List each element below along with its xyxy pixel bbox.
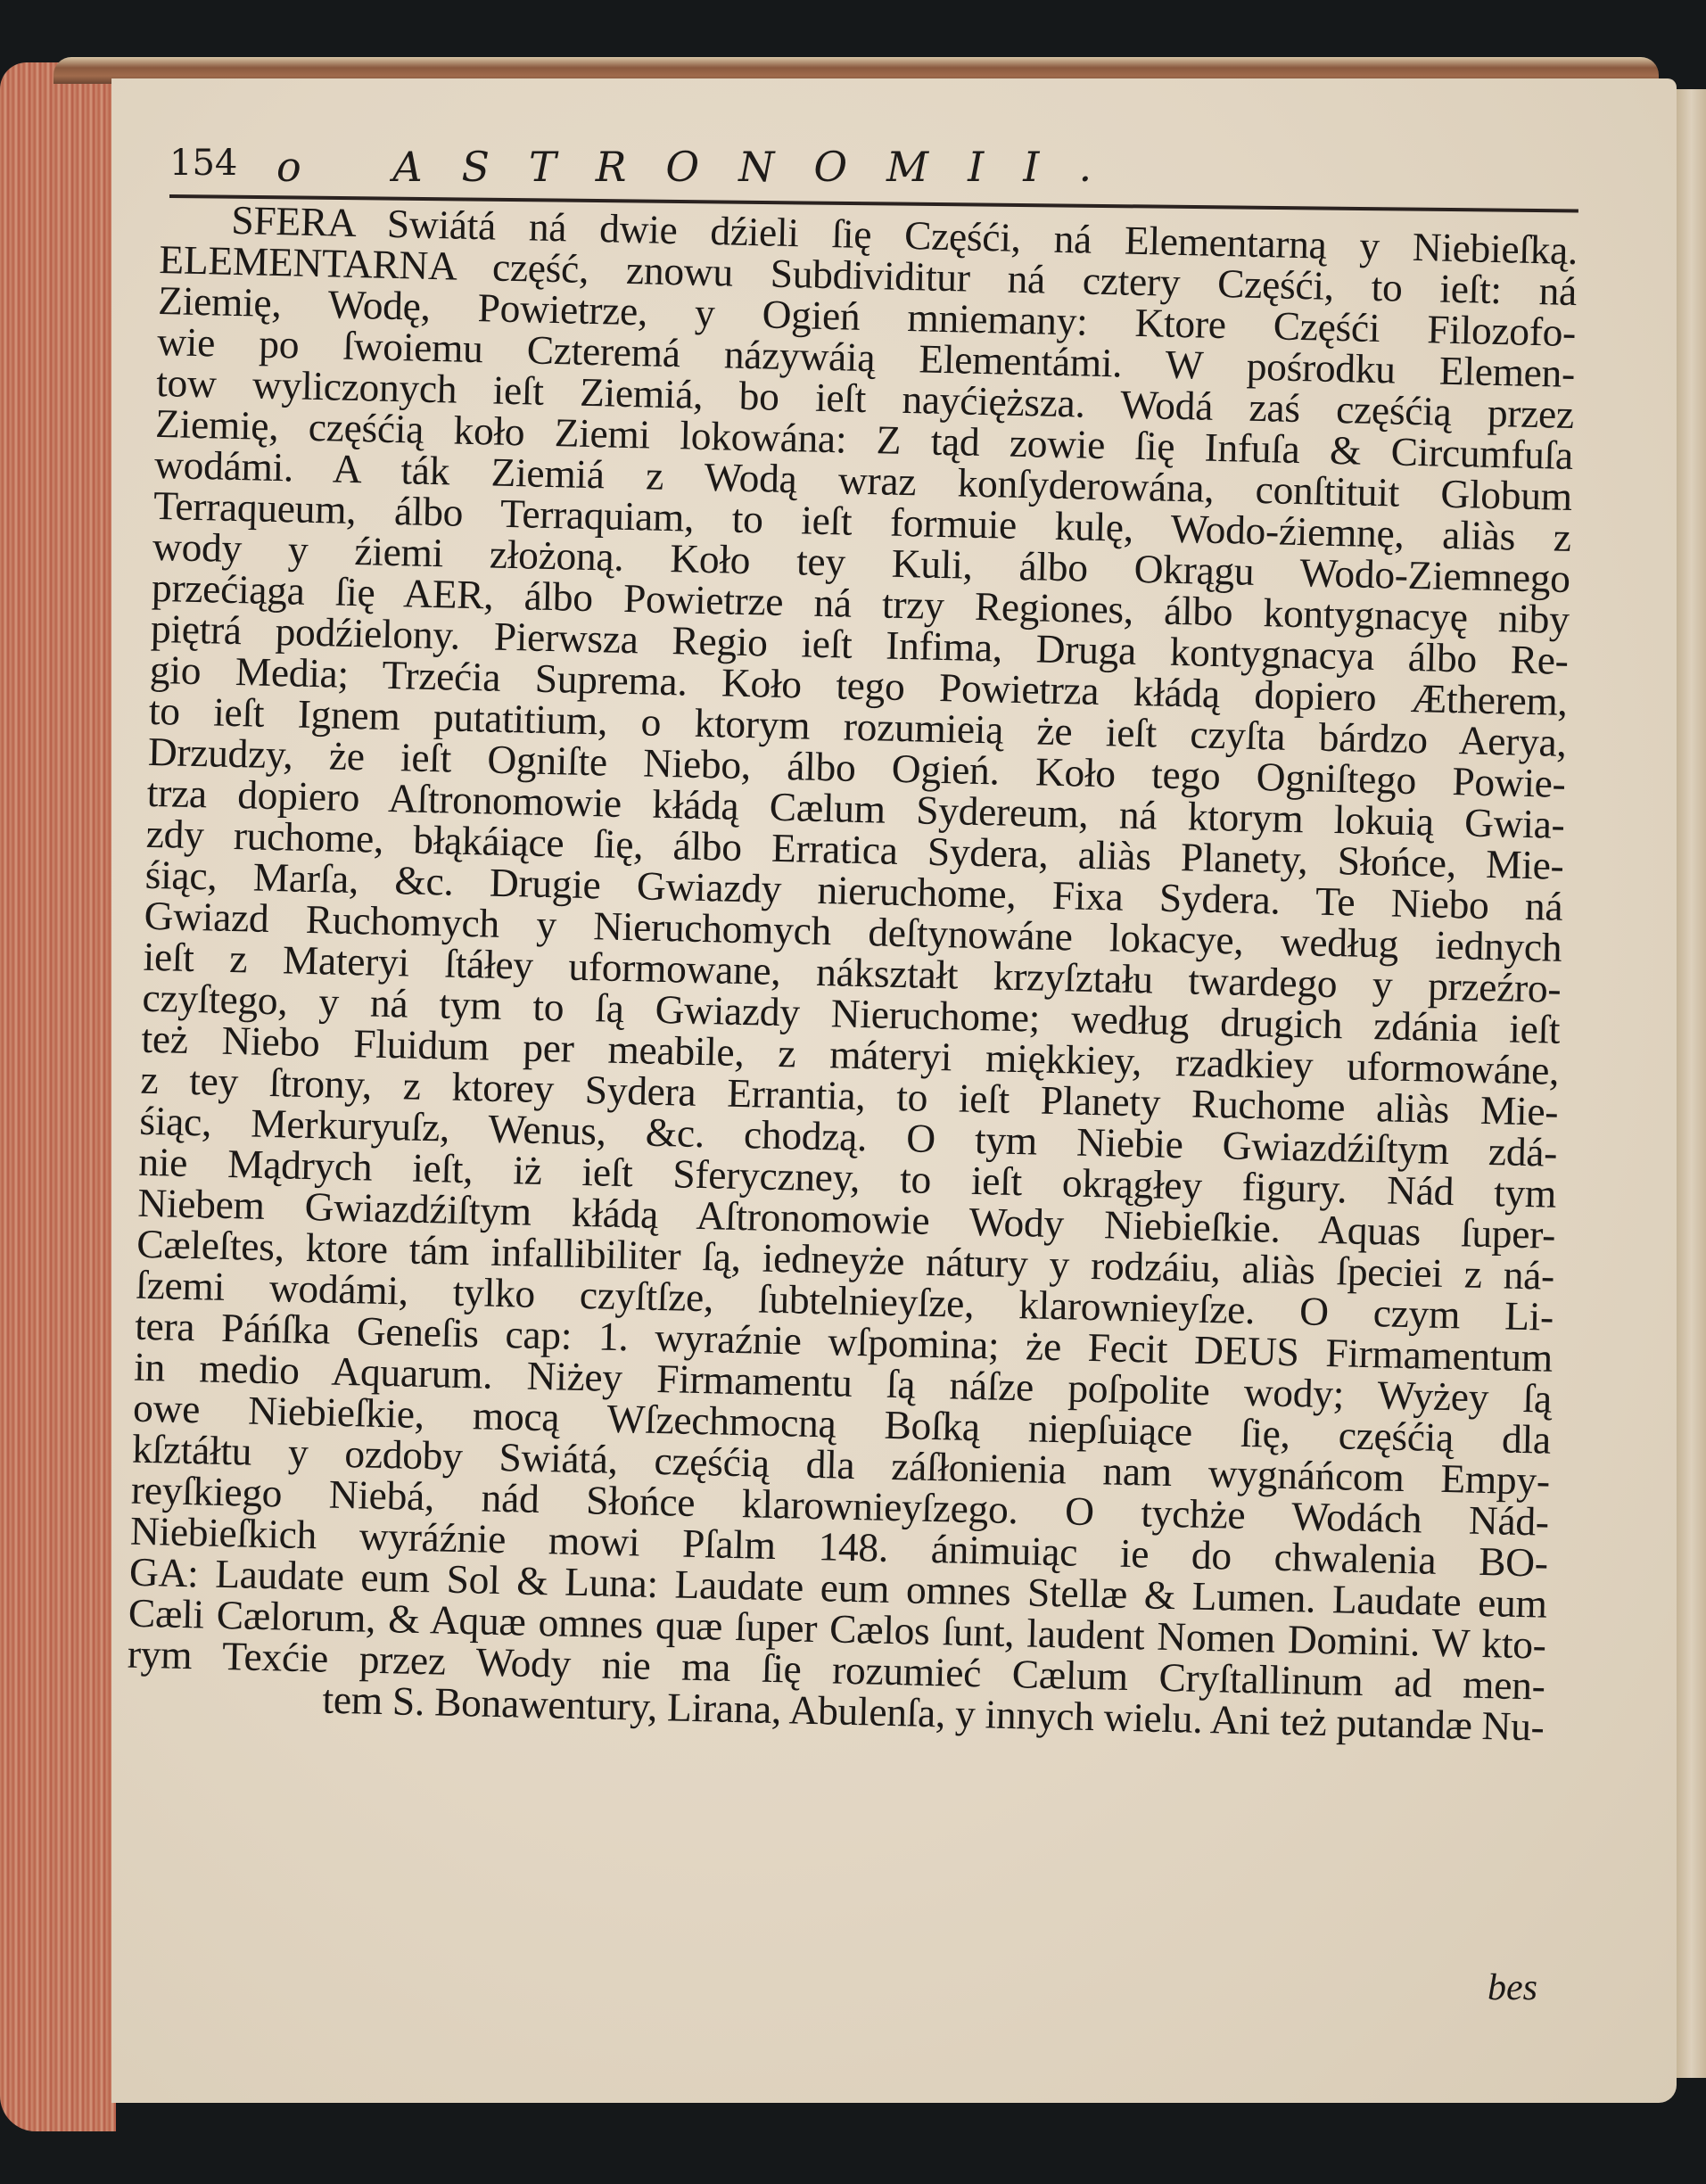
body-text: SFERA Swiátá ná dwie dźieli ſię Częśći, … (126, 198, 1578, 1748)
page-number: 154 (169, 143, 237, 184)
running-title: o ASTRONOMII. (276, 143, 1131, 191)
book-page-edges-left (0, 62, 116, 2131)
page-header: 154 o ASTRONOMII. (169, 143, 1570, 196)
catchword: bes (1488, 1966, 1537, 2009)
book-page-edge-right (1677, 89, 1706, 2078)
